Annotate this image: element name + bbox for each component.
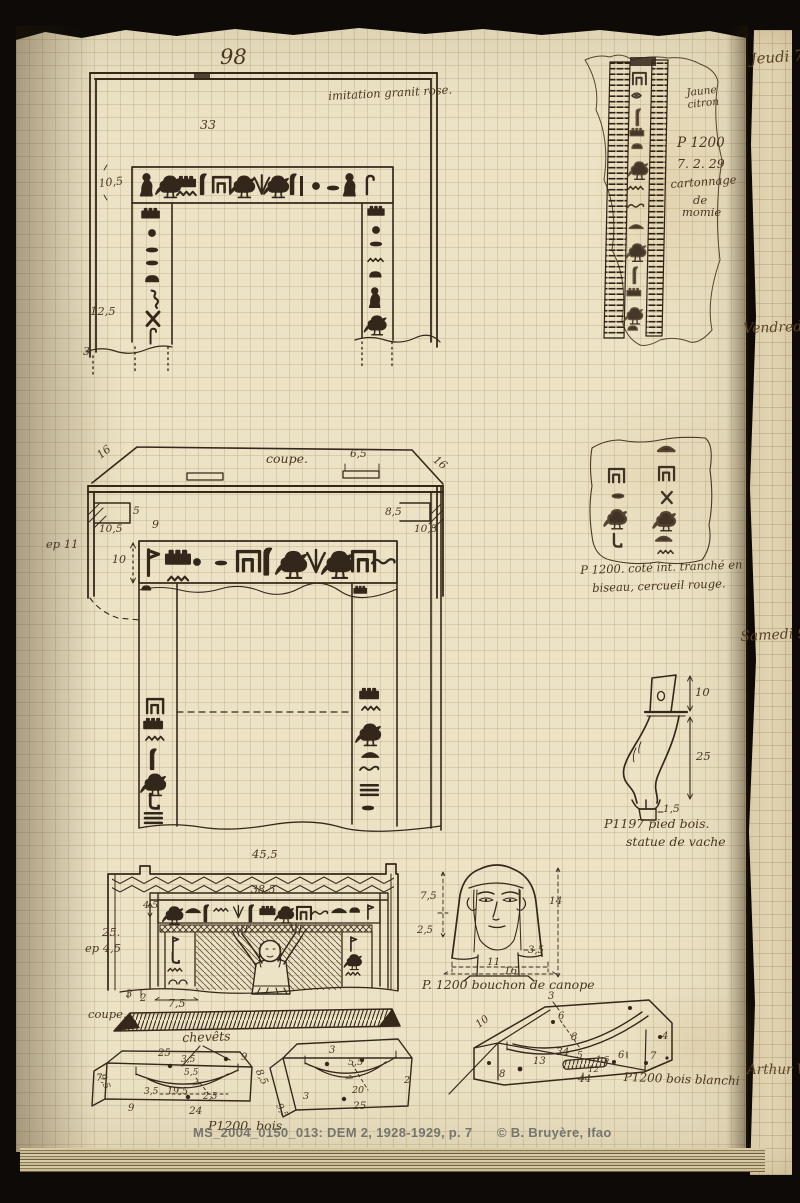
hr3-m-5: 5 — [577, 1052, 583, 1061]
panel-m-7-5: 7,5 — [168, 998, 186, 1010]
hr3-m-6b: 6 — [618, 1051, 624, 1062]
coffin-elevation — [88, 447, 443, 831]
panel-ep-4-5: ep 4,5 — [85, 942, 121, 954]
hr1-m-9a: 9 — [241, 1053, 247, 1064]
lid-6-5: 6,5 — [350, 449, 367, 460]
next-page-samedi: Samedi 9 — [740, 627, 800, 645]
box-m-10-5-right: 10,5 — [414, 524, 437, 535]
head-m-3-5: 3,5 — [528, 946, 544, 957]
frame-m-33: 33 — [200, 118, 216, 131]
hieroglyph-band-top — [141, 174, 374, 197]
hr3-m-6a: 6 — [558, 1012, 564, 1023]
head-m-7-5: 7,5 — [420, 891, 437, 902]
hr1-m-19-5: 19,5 — [167, 1087, 188, 1097]
hr3-m-8b: 8 — [499, 1070, 505, 1081]
hr2-m-5-5: 5,5 — [348, 1058, 363, 1068]
scanned-notebook-spread: 98imitation granit rose.3310,512,53Jaune… — [0, 0, 800, 1203]
cartonnage-id: P 1200 — [677, 136, 725, 150]
cartonnage-date: 7. 2. 29 — [677, 157, 725, 170]
coupe-bar-label: coupe. — [88, 1008, 127, 1020]
next-page-vendredi: Vendredi — [743, 320, 800, 337]
hr1-m-3-5b: 3,5 — [144, 1088, 158, 1097]
panel-m-25: 25. — [102, 926, 120, 938]
hieroglyph-band-panel — [163, 905, 374, 924]
hr3-m-44: 44 — [578, 1074, 591, 1085]
hieroglyph-column-lower-right — [356, 689, 380, 810]
frame-drawing — [86, 73, 440, 378]
box-m-9: 9 — [152, 519, 159, 531]
footer-reference: MS_2004_0150_013: DEM 2, 1928-1929, p. 7 — [193, 1126, 472, 1140]
hr1-m-5-5: 5,5 — [184, 1069, 198, 1078]
foot-caption-2: statue de vache — [626, 835, 726, 848]
head-m-16: 16 — [504, 966, 517, 977]
cartonnage-l3: momie — [682, 206, 721, 218]
hr1-m-24: 24 — [189, 1106, 202, 1117]
panel-m-4-5: 4,5 — [143, 901, 158, 911]
box-m-10-5-left: 10,5 — [99, 524, 122, 535]
hr1-m-3-5a: 3,5 — [181, 1056, 195, 1065]
box-m-10: 10 — [112, 554, 126, 566]
hr2-m-3b: 3 — [303, 1092, 309, 1102]
section-bar — [114, 1009, 400, 1031]
hr3-m-8: 8 — [571, 1033, 577, 1044]
next-page-arthur: Arthur W — [747, 1063, 800, 1077]
hr2-m-25: 25 — [353, 1101, 366, 1112]
frame-m-3: 3 — [83, 346, 90, 358]
hieroglyph-column-lower-left — [141, 699, 165, 823]
hr3-m-7: 7 — [650, 1052, 656, 1063]
next-page-jeudi: Jeudi 7 — [750, 48, 800, 67]
hr2-m-2: 2 — [404, 1076, 410, 1086]
panel-m-45-5: 45,5 — [252, 848, 278, 860]
hr3-m-13: 13 — [533, 1057, 546, 1068]
foot-m-10: 10 — [695, 686, 710, 698]
hr2-m-20: 20 — [352, 1086, 364, 1096]
hr3-m-34: 34 — [556, 1047, 569, 1058]
box-ep-11: ep 11 — [46, 538, 78, 550]
canope-caption: P. 1200 bouchon de canope — [422, 978, 595, 991]
box-m-5: 5 — [133, 506, 140, 517]
headrest-1 — [92, 1051, 252, 1106]
hr1-m-9b: 9 — [128, 1104, 134, 1115]
head-m-14: 14 — [549, 896, 562, 907]
headrest-2 — [270, 1039, 412, 1117]
footer-copyright: © B. Bruyère, Ifao — [497, 1126, 612, 1140]
head-m-2-5: 2,5 — [417, 926, 433, 937]
frame-m-12-5: 12,5 — [90, 305, 116, 317]
panel-m-2: 2 — [140, 994, 146, 1005]
lid-coupe: coupe. — [266, 452, 308, 465]
hr3-m-3: 3 — [548, 992, 554, 1003]
hieroglyph-column-left — [142, 209, 159, 344]
head-m-11: 11 — [487, 957, 500, 968]
foot-m-1-5: 1,5 — [663, 804, 680, 815]
chevets-label: chevêts — [182, 1029, 231, 1044]
frame-m-10-5: 10,5 — [98, 175, 124, 189]
panel-m-38-5: 38,5 — [251, 884, 276, 896]
hr1-m-25: 25 — [158, 1049, 171, 1060]
foot-caption-1: P1197 pied bois. — [604, 817, 709, 830]
coffin-fragment-sketch — [590, 437, 712, 563]
hr3-m-1-5: 1,5 — [596, 1056, 610, 1065]
box-m-8-5: 8,5 — [385, 507, 402, 518]
cow-foot-drawing — [624, 675, 693, 820]
panel-m-3: 3 — [126, 990, 132, 1001]
hieroglyph-column-right — [364, 207, 386, 335]
hr1-m-2-5: 2,5 — [203, 1093, 217, 1102]
page-number: 98 — [220, 46, 247, 68]
hr3-m-4: 4 — [662, 1032, 668, 1043]
hieroglyph-band-middle — [149, 549, 395, 581]
hr2-m-3a: 3 — [329, 1046, 335, 1057]
foot-m-25: 25 — [696, 750, 711, 762]
